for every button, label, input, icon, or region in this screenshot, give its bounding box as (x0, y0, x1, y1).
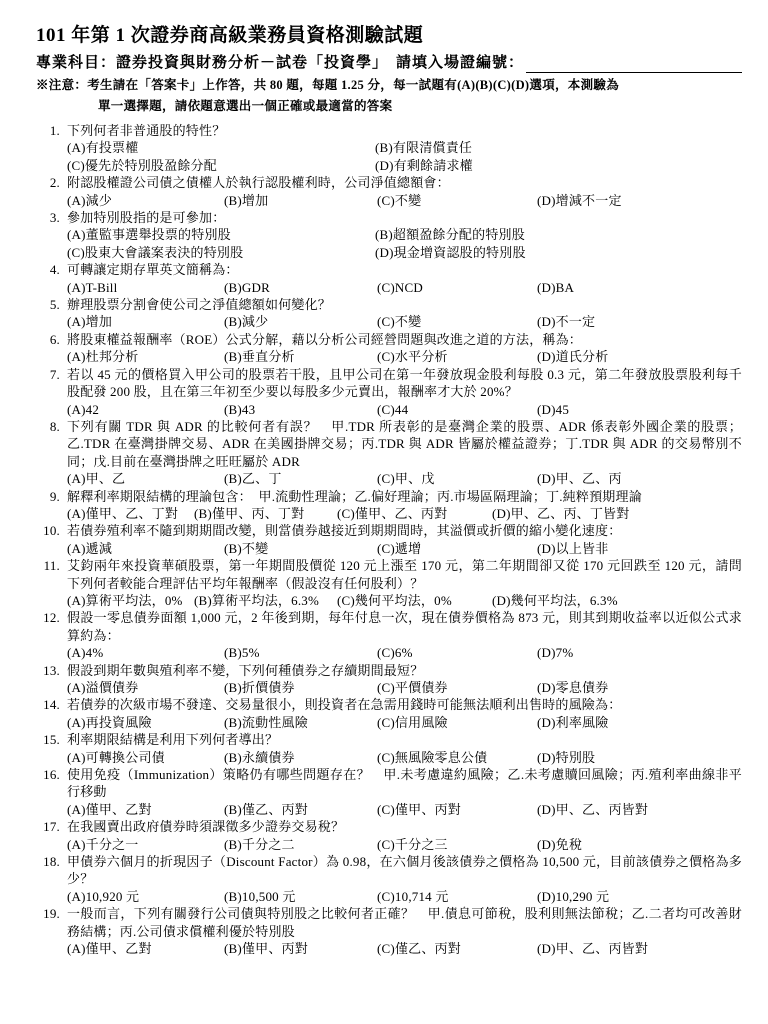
question-options: (A)甲、乙(B)乙、丁(C)甲、戊(D)甲、乙、丙 (67, 470, 742, 487)
question: 14. 若債券的次級市場不發達、交易量很小，則投資者在急需用錢時可能無法順利出售… (36, 696, 742, 731)
question-text: 將股東權益報酬率（ROE）公式分解，藉以分析公司經營問題與改進之道的方法，稱為： (67, 331, 742, 348)
question-number: 2. (36, 174, 60, 209)
answer-option-B: (B)43 (224, 401, 377, 418)
question-options: (A)減少(B)增加(C)不變(D)增減不一定 (67, 192, 742, 209)
question-text: 若以 45 元的價格買入甲公司的股票若干股，且甲公司在第一年發放現金股利每股 0… (67, 366, 742, 401)
question-text: 參加特別股指的是可參加： (67, 209, 742, 226)
answer-option-A: (A)僅甲、乙對 (67, 940, 224, 957)
answer-option-C: (C)甲、戊 (377, 470, 537, 487)
answer-option-C: (C)信用風險 (377, 714, 537, 731)
answer-option-A: (A)4% (67, 644, 224, 661)
question: 16. 使用免疫（Immunization）策略仍有哪些問題存在？ 甲.未考慮違… (36, 766, 742, 818)
question-text: 利率期限結構是利用下列何者導出？ (67, 731, 742, 748)
exam-paper: 101 年第 1 次證券商高級業務員資格測驗試題 專業科目：證券投資與財務分析－… (0, 0, 768, 958)
answer-option-A: (A)42 (67, 401, 224, 418)
answer-option-B: (B)減少 (224, 313, 377, 330)
answer-option-D: (D)BA (537, 279, 742, 296)
question-number: 1. (36, 122, 60, 174)
answer-option-B: (B)不變 (224, 540, 377, 557)
question-text: 辦理股票分割會使公司之淨值總額如何變化？ (67, 296, 742, 313)
answer-option-A: (A)溢價債券 (67, 679, 224, 696)
question-body: 假設到期年數與殖利率不變，下列何種債券之存續期間最短？ (A)溢價債券(B)折價… (67, 662, 742, 697)
question: 19. 一般而言，下列有關發行公司債與特別股之比較何者正確？ 甲.債息可節稅，股… (36, 905, 742, 957)
question-number: 18. (36, 853, 60, 905)
question-options: (A)有投票權(B)有限清償責任(C)優先於特別股盈餘分配(D)有剩餘請求權 (67, 139, 742, 174)
answer-option-C: (C)遞增 (377, 540, 537, 557)
question-body: 辦理股票分割會使公司之淨值總額如何變化？ (A)增加(B)減少(C)不變(D)不… (67, 296, 742, 331)
answer-option-D: (D)幾何平均法，6.3% (492, 592, 742, 609)
question-text: 下列有關 TDR 與 ADR 的比較何者有誤？ 甲.TDR 所表彰的是臺灣企業的… (67, 418, 742, 470)
question-options: (A)T-Bill(B)GDR(C)NCD(D)BA (67, 279, 742, 296)
answer-option-A: (A)10,920 元 (67, 888, 224, 905)
question-text: 假設到期年數與殖利率不變，下列何種債券之存續期間最短？ (67, 662, 742, 679)
answer-option-C: (C)千分之三 (377, 836, 537, 853)
question-options: (A)僅甲、乙對(B)僅甲、丙對(C)僅乙、丙對(D)甲、乙、丙皆對 (67, 940, 742, 957)
page-title: 101 年第 1 次證券商高級業務員資格測驗試題 (36, 24, 742, 48)
question-options: (A)溢價債券(B)折價債券(C)平價債券(D)零息債券 (67, 679, 742, 696)
answer-option-B: (B)垂直分析 (224, 348, 377, 365)
question-options: (A)增加(B)減少(C)不變(D)不一定 (67, 313, 742, 330)
question-body: 在我國賣出政府債券時須課徵多少證券交易稅？ (A)千分之一(B)千分之二(C)千… (67, 818, 742, 853)
answer-option-D: (D)利率風險 (537, 714, 742, 731)
question: 7. 若以 45 元的價格買入甲公司的股票若干股，且甲公司在第一年發放現金股利每… (36, 366, 742, 418)
question-text: 可轉讓定期存單英文簡稱為： (67, 261, 742, 278)
question-text: 若債券的次級市場不發達、交易量很小，則投資者在急需用錢時可能無法順利出售時的風險… (67, 696, 742, 713)
answer-option-B: (B)流動性風險 (224, 714, 377, 731)
answer-option-A: (A)遞減 (67, 540, 224, 557)
question-number: 4. (36, 261, 60, 296)
question-text: 甲債券六個月的折現因子（Discount Factor）為 0.98，在六個月後… (67, 853, 742, 888)
answer-option-C: (C)不變 (377, 313, 537, 330)
question-text: 一般而言，下列有關發行公司債與特別股之比較何者正確？ 甲.債息可節稅，股利則無法… (67, 905, 742, 940)
question-number: 14. (36, 696, 60, 731)
answer-option-B: (B)算術平均法，6.3% (194, 592, 337, 609)
answer-option-A: (A)甲、乙 (67, 470, 224, 487)
question: 12. 假設一零息債券面額 1,000 元，2 年後到期，每年付息一次，現在債券… (36, 609, 742, 661)
answer-option-D: (D)現金增資認股的特別股 (375, 244, 742, 261)
answer-option-C: (C)優先於特別股盈餘分配 (67, 157, 375, 174)
answer-option-B: (B)僅甲、丙、丁對 (194, 505, 337, 522)
question-number: 19. (36, 905, 60, 957)
answer-option-D: (D)免稅 (537, 836, 742, 853)
question-options: (A)千分之一(B)千分之二(C)千分之三(D)免稅 (67, 836, 742, 853)
answer-option-D: (D)甲、乙、丙、丁皆對 (492, 505, 742, 522)
question: 17. 在我國賣出政府債券時須課徵多少證券交易稅？ (A)千分之一(B)千分之二… (36, 818, 742, 853)
question-number: 9. (36, 488, 60, 523)
answer-option-D: (D)零息債券 (537, 679, 742, 696)
answer-option-D: (D)甲、乙、丙 (537, 470, 742, 487)
answer-option-D: (D)特別股 (537, 749, 742, 766)
answer-option-D: (D)甲、乙、丙皆對 (537, 940, 742, 957)
answer-option-A: (A)算術平均法，0% (67, 592, 194, 609)
question-number: 8. (36, 418, 60, 488)
question-options: (A)可轉換公司債(B)永續債券(C)無風險零息公債(D)特別股 (67, 749, 742, 766)
subject-line: 專業科目：證券投資與財務分析－試卷「投資學」 (36, 53, 388, 73)
question: 18. 甲債券六個月的折現因子（Discount Factor）為 0.98，在… (36, 853, 742, 905)
question-options: (A)再投資風險(B)流動性風險(C)信用風險(D)利率風險 (67, 714, 742, 731)
question-text: 解釋利率期限結構的理論包含： 甲.流動性理論；乙.偏好理論；丙.市場區隔理論；丁… (67, 488, 742, 505)
answer-option-C: (C)6% (377, 644, 537, 661)
answer-option-D: (D)45 (537, 401, 742, 418)
question: 15. 利率期限結構是利用下列何者導出？ (A)可轉換公司債(B)永續債券(C)… (36, 731, 742, 766)
answer-option-C: (C)無風險零息公債 (377, 749, 537, 766)
question: 4. 可轉讓定期存單英文簡稱為： (A)T-Bill(B)GDR(C)NCD(D… (36, 261, 742, 296)
answer-option-A: (A)董監事選舉投票的特別股 (67, 226, 375, 243)
answer-option-A: (A)千分之一 (67, 836, 224, 853)
question: 9. 解釋利率期限結構的理論包含： 甲.流動性理論；乙.偏好理論；丙.市場區隔理… (36, 488, 742, 523)
question-body: 假設一零息債券面額 1,000 元，2 年後到期，每年付息一次，現在債券價格為 … (67, 609, 742, 661)
answer-option-A: (A)T-Bill (67, 279, 224, 296)
question-number: 5. (36, 296, 60, 331)
answer-option-B: (B)僅乙、丙對 (224, 801, 377, 818)
entry-number-blank (526, 56, 742, 73)
question-options: (A)杜邦分析(B)垂直分析(C)水平分析(D)道氏分析 (67, 348, 742, 365)
answer-option-B: (B)乙、丁 (224, 470, 377, 487)
answer-option-D: (D)以上皆非 (537, 540, 742, 557)
question: 8. 下列有關 TDR 與 ADR 的比較何者有誤？ 甲.TDR 所表彰的是臺灣… (36, 418, 742, 488)
question-options: (A)4%(B)5%(C)6%(D)7% (67, 644, 742, 661)
question-number: 7. (36, 366, 60, 418)
answer-option-B: (B)10,500 元 (224, 888, 377, 905)
question-body: 下列有關 TDR 與 ADR 的比較何者有誤？ 甲.TDR 所表彰的是臺灣企業的… (67, 418, 742, 488)
answer-option-D: (D)增減不一定 (537, 192, 742, 209)
question-number: 10. (36, 522, 60, 557)
question-body: 利率期限結構是利用下列何者導出？ (A)可轉換公司債(B)永續債券(C)無風險零… (67, 731, 742, 766)
answer-option-B: (B)增加 (224, 192, 377, 209)
question-number: 3. (36, 209, 60, 261)
question-body: 一般而言，下列有關發行公司債與特別股之比較何者正確？ 甲.債息可節稅，股利則無法… (67, 905, 742, 957)
answer-option-D: (D)有剩餘請求權 (375, 157, 742, 174)
answer-option-C: (C)44 (377, 401, 537, 418)
question-text: 附認股權證公司債之債權人於執行認股權利時，公司淨值總額會： (67, 174, 742, 191)
question-text: 使用免疫（Immunization）策略仍有哪些問題存在？ 甲.未考慮違約風險；… (67, 766, 742, 801)
answer-option-C: (C)平價債券 (377, 679, 537, 696)
question-body: 解釋利率期限結構的理論包含： 甲.流動性理論；乙.偏好理論；丙.市場區隔理論；丁… (67, 488, 742, 523)
answer-option-C: (C)10,714 元 (377, 888, 537, 905)
question-number: 15. (36, 731, 60, 766)
answer-option-C: (C)NCD (377, 279, 537, 296)
question-number: 11. (36, 557, 60, 609)
subject-row: 專業科目：證券投資與財務分析－試卷「投資學」 請填入場證編號： (36, 53, 742, 73)
question-list: 1. 下列何者非普通股的特性？ (A)有投票權(B)有限清償責任(C)優先於特別… (36, 122, 742, 958)
answer-option-A: (A)有投票權 (67, 139, 375, 156)
answer-option-B: (B)折價債券 (224, 679, 377, 696)
question-text: 艾鈞兩年來投資華碩股票，第一年期間股價從 120 元上漲至 170 元，第二年期… (67, 557, 742, 592)
question-body: 附認股權證公司債之債權人於執行認股權利時，公司淨值總額會： (A)減少(B)增加… (67, 174, 742, 209)
question-options: (A)10,920 元(B)10,500 元(C)10,714 元(D)10,2… (67, 888, 742, 905)
question: 10. 若債券殖利率不隨到期期間改變，則當債券越接近到期期間時，其溢價或折價的縮… (36, 522, 742, 557)
answer-option-A: (A)可轉換公司債 (67, 749, 224, 766)
question-body: 使用免疫（Immunization）策略仍有哪些問題存在？ 甲.未考慮違約風險；… (67, 766, 742, 818)
question-options: (A)遞減(B)不變(C)遞增(D)以上皆非 (67, 540, 742, 557)
question: 1. 下列何者非普通股的特性？ (A)有投票權(B)有限清償責任(C)優先於特別… (36, 122, 742, 174)
question-body: 下列何者非普通股的特性？ (A)有投票權(B)有限清償責任(C)優先於特別股盈餘… (67, 122, 742, 174)
answer-option-C: (C)股東大會議案表決的特別股 (67, 244, 375, 261)
question: 5. 辦理股票分割會使公司之淨值總額如何變化？ (A)增加(B)減少(C)不變(… (36, 296, 742, 331)
answer-option-B: (B)5% (224, 644, 377, 661)
answer-option-B: (B)永續債券 (224, 749, 377, 766)
question-body: 甲債券六個月的折現因子（Discount Factor）為 0.98，在六個月後… (67, 853, 742, 905)
answer-option-C: (C)幾何平均法，0% (337, 592, 492, 609)
notice-line-1: ※注意：考生請在「答案卡」上作答，共 80 題，每題 1.25 分，每一試題有(… (36, 77, 742, 94)
answer-option-A: (A)減少 (67, 192, 224, 209)
question-options: (A)僅甲、乙、丁對(B)僅甲、丙、丁對(C)僅甲、乙、丙對(D)甲、乙、丙、丁… (67, 505, 742, 522)
answer-option-A: (A)杜邦分析 (67, 348, 224, 365)
question-options: (A)僅甲、乙對(B)僅乙、丙對(C)僅甲、丙對(D)甲、乙、丙皆對 (67, 801, 742, 818)
question-options: (A)算術平均法，0%(B)算術平均法，6.3%(C)幾何平均法，0%(D)幾何… (67, 592, 742, 609)
answer-option-B: (B)千分之二 (224, 836, 377, 853)
question-text: 假設一零息債券面額 1,000 元，2 年後到期，每年付息一次，現在債券價格為 … (67, 609, 742, 644)
question: 2. 附認股權證公司債之債權人於執行認股權利時，公司淨值總額會： (A)減少(B… (36, 174, 742, 209)
answer-option-C: (C)不變 (377, 192, 537, 209)
question: 3. 參加特別股指的是可參加： (A)董監事選舉投票的特別股(B)超額盈餘分配的… (36, 209, 742, 261)
answer-option-A: (A)增加 (67, 313, 224, 330)
question: 11. 艾鈞兩年來投資華碩股票，第一年期間股價從 120 元上漲至 170 元，… (36, 557, 742, 609)
answer-option-A: (A)再投資風險 (67, 714, 224, 731)
entry-number-label: 請填入場證編號： (396, 53, 524, 73)
answer-option-B: (B)GDR (224, 279, 377, 296)
answer-option-D: (D)不一定 (537, 313, 742, 330)
question-number: 17. (36, 818, 60, 853)
question-body: 若債券殖利率不隨到期期間改變，則當債券越接近到期期間時，其溢價或折價的縮小變化速… (67, 522, 742, 557)
answer-option-B: (B)超額盈餘分配的特別股 (375, 226, 742, 243)
question-number: 16. (36, 766, 60, 818)
answer-option-D: (D)7% (537, 644, 742, 661)
question-body: 參加特別股指的是可參加： (A)董監事選舉投票的特別股(B)超額盈餘分配的特別股… (67, 209, 742, 261)
question-options: (A)董監事選舉投票的特別股(B)超額盈餘分配的特別股(C)股東大會議案表決的特… (67, 226, 742, 261)
answer-option-D: (D)道氏分析 (537, 348, 742, 365)
question-number: 12. (36, 609, 60, 661)
question-text: 若債券殖利率不隨到期期間改變，則當債券越接近到期期間時，其溢價或折價的縮小變化速… (67, 522, 742, 539)
answer-option-B: (B)僅甲、丙對 (224, 940, 377, 957)
question-body: 艾鈞兩年來投資華碩股票，第一年期間股價從 120 元上漲至 170 元，第二年期… (67, 557, 742, 609)
answer-option-C: (C)僅甲、丙對 (377, 801, 537, 818)
answer-option-B: (B)有限清償責任 (375, 139, 742, 156)
question-body: 將股東權益報酬率（ROE）公式分解，藉以分析公司經營問題與改進之道的方法，稱為：… (67, 331, 742, 366)
question-number: 6. (36, 331, 60, 366)
question-body: 可轉讓定期存單英文簡稱為： (A)T-Bill(B)GDR(C)NCD(D)BA (67, 261, 742, 296)
question: 13. 假設到期年數與殖利率不變，下列何種債券之存續期間最短？ (A)溢價債券(… (36, 662, 742, 697)
question-options: (A)42(B)43(C)44(D)45 (67, 401, 742, 418)
question-body: 若以 45 元的價格買入甲公司的股票若干股，且甲公司在第一年發放現金股利每股 0… (67, 366, 742, 418)
answer-option-D: (D)10,290 元 (537, 888, 742, 905)
question: 6. 將股東權益報酬率（ROE）公式分解，藉以分析公司經營問題與改進之道的方法，… (36, 331, 742, 366)
answer-option-C: (C)僅乙、丙對 (377, 940, 537, 957)
answer-option-C: (C)僅甲、乙、丙對 (337, 505, 492, 522)
question-text: 下列何者非普通股的特性？ (67, 122, 742, 139)
answer-option-C: (C)水平分析 (377, 348, 537, 365)
question-body: 若債券的次級市場不發達、交易量很小，則投資者在急需用錢時可能無法順利出售時的風險… (67, 696, 742, 731)
notice-line-2: 單一選擇題，請依題意選出一個正確或最適當的答案 (36, 98, 742, 115)
answer-option-A: (A)僅甲、乙、丁對 (67, 505, 194, 522)
question-number: 13. (36, 662, 60, 697)
answer-option-A: (A)僅甲、乙對 (67, 801, 224, 818)
question-text: 在我國賣出政府債券時須課徵多少證券交易稅？ (67, 818, 742, 835)
answer-option-D: (D)甲、乙、丙皆對 (537, 801, 742, 818)
